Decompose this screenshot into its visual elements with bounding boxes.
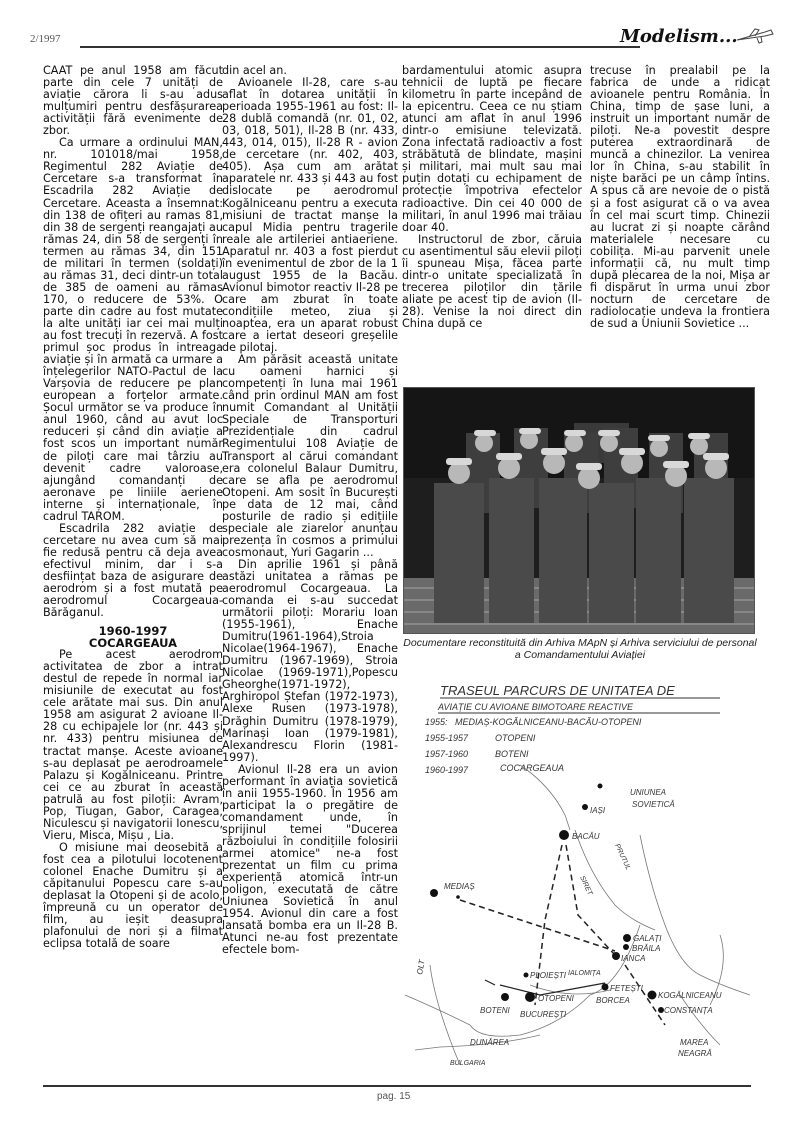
- group-photo-illustration: [404, 388, 754, 633]
- paragraph: Din aprilie 1961 și până astăzi unitatea…: [222, 559, 398, 764]
- paragraph: Ca urmare a ordinului MAN, nr. 101018/ma…: [43, 137, 223, 523]
- map-label-dunarea: DUNĂREA: [470, 1038, 509, 1047]
- map-label-bacau: BACĂU: [572, 832, 600, 841]
- legend-years: 1955-1957: [425, 733, 469, 743]
- photo-caption: Documentare reconstituită din Arhiva MAp…: [400, 637, 760, 661]
- legend-years: 1957-1960: [425, 749, 468, 759]
- map-label-iasi: IAȘI: [590, 806, 606, 815]
- map-label-ussr: SOVIETICĂ: [632, 800, 675, 809]
- paragraph: Instructorul de zbor, căruia cu asentime…: [402, 234, 582, 330]
- map-label-olt: OLT: [415, 958, 427, 975]
- article-column-3: bardamentului atomic asupra tehnicii de …: [402, 65, 582, 330]
- map-label-ploiesti: PLOIEȘTI: [530, 971, 567, 980]
- map-label-medias: MEDIAȘ: [444, 882, 475, 891]
- map-label-fetesti: FETEȘTI: [610, 984, 644, 993]
- paragraph: Pe acest aerodrom activitatea de zbor a …: [43, 649, 223, 842]
- map-label-siret: SIRET: [578, 875, 593, 897]
- map-label-ussr: UNIUNEA: [630, 788, 666, 797]
- issue-number: 2/1997: [30, 33, 61, 45]
- paragraph: Avioanele Il-28, care s-au aflat în dota…: [222, 77, 398, 354]
- paragraph: trecuse în prealabil pe la fabrica de un…: [590, 65, 770, 330]
- paragraph: Am părăsit această unitate cu oameni har…: [222, 354, 398, 559]
- map-label-marea: MAREA: [680, 1038, 708, 1047]
- article-column-4: trecuse în prealabil pe la fabrica de un…: [590, 65, 770, 330]
- legend-route: OTOPENI: [495, 733, 536, 743]
- group-photo: [403, 387, 755, 634]
- section-heading: 1960-1997 COCARGEAUA: [43, 625, 223, 649]
- map-label-kogalniceanu: KOGĂLNICEANU: [658, 991, 722, 1000]
- magazine-brand: Modelism...: [620, 26, 738, 47]
- header-rule: [80, 46, 640, 48]
- legend-route: MEDIAȘ-KOGĂLNICEANU-BACĂU-OTOPENI: [455, 717, 642, 727]
- paragraph: Escadrila 282 aviație de cercetare nu av…: [43, 523, 223, 619]
- map-label-neagra: NEAGRĂ: [678, 1049, 712, 1058]
- map-label-boteni: BOTENI: [480, 1006, 511, 1015]
- page-header: 2/1997 Modelism...: [30, 20, 790, 50]
- map-label-constanta: CONSTANȚA: [664, 1006, 713, 1015]
- map-label-ianca: IANCA: [621, 954, 645, 963]
- hand-drawn-map: TRASEUL PARCURS DE UNITATEA DE AVIAȚIE C…: [400, 665, 760, 1090]
- map-label-braila: BRĂILA: [632, 944, 660, 953]
- map-label-ialomita: IALOMIȚA: [568, 970, 601, 977]
- map-label-prut: PRUTUL: [613, 843, 631, 871]
- footer-rule: [43, 1085, 751, 1087]
- paragraph: bardamentului atomic asupra tehnicii de …: [402, 65, 582, 234]
- map-label-bulgaria: BULGARIA: [450, 1060, 486, 1067]
- paragraph: O misiune mai deosebită a fost cea a pil…: [43, 842, 223, 950]
- airplane-sketch-icon: [735, 26, 775, 46]
- legend-route: COCARGEAUA: [500, 763, 564, 773]
- page-number: pag. 15: [377, 1091, 410, 1102]
- paragraph: Avionul Il-28 era un avion performant în…: [222, 764, 398, 957]
- map-label-galati: GALAȚI: [633, 934, 662, 943]
- route-map-sketch: TRASEUL PARCURS DE UNITATEA DE AVIAȚIE C…: [400, 665, 760, 1090]
- paragraph: CAAT pe anul 1958 am făcut parte din cel…: [43, 65, 223, 137]
- article-column-1: CAAT pe anul 1958 am făcut parte din cel…: [43, 65, 223, 950]
- legend-years: 1960-1997: [425, 765, 469, 775]
- map-label-borcea: BORCEA: [596, 996, 630, 1005]
- legend-years: 1955:: [425, 717, 448, 727]
- legend-route: BOTENI: [495, 749, 529, 759]
- article-column-2: din acel an. Avioanele Il-28, care s-au …: [222, 65, 398, 956]
- map-title-line-2: AVIAȚIE CU AVIOANE BIMOTOARE REACTIVE: [437, 702, 634, 712]
- map-label-bucuresti: BUCUREȘTI: [520, 1010, 567, 1019]
- map-label-otopeni: OTOPENI: [538, 994, 575, 1003]
- map-title-line-1: TRASEUL PARCURS DE UNITATEA DE: [440, 683, 675, 698]
